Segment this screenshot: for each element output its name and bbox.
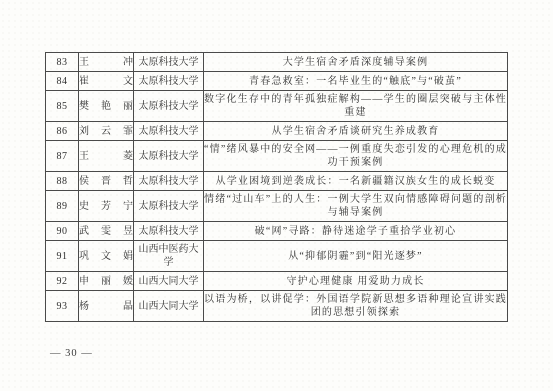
case-number: 88: [46, 172, 79, 191]
case-title: 大学生宿舍矛盾深度辅导案例: [204, 53, 508, 72]
case-title: 以语为桥，以讲促学：外国语学院新思想多语种理论宣讲实践团的思想引领探索: [204, 291, 508, 322]
case-number: 91: [46, 241, 79, 272]
table-row: 93 杨晶 山西大同大学 以语为桥，以讲促学：外国语学院新思想多语种理论宣讲实践…: [46, 291, 508, 322]
case-title: 青春急救室：一名毕业生的“触底”与“破茧”: [204, 72, 508, 91]
university: 太原科技大学: [134, 222, 204, 241]
case-number: 83: [46, 53, 79, 72]
case-title: 数字化生存中的青年孤独症解构——学生的圈层突破与主体性重建: [204, 91, 508, 122]
university: 山西大同大学: [134, 272, 204, 291]
person-name: 杨晶: [79, 291, 134, 322]
table-row: 91 巩文娟 山西中医药大学 从“抑郁阴霾”到“阳光逐梦”: [46, 241, 508, 272]
person-name: 巩文娟: [79, 241, 134, 272]
case-number: 93: [46, 291, 79, 322]
case-title: 从学业困境到逆袭成长：一名新疆籍汉族女生的成长蜕变: [204, 172, 508, 191]
table-row: 90 武雯昱 太原科技大学 破“网”寻路：静待迷途学子重拾学业初心: [46, 222, 508, 241]
person-name: 申丽媛: [79, 272, 134, 291]
table-row: 87 王菱 太原科技大学 “情”绪风暴中的安全网——一例重度失恋引发的心理危机的…: [46, 141, 508, 172]
person-name: 王冲: [79, 53, 134, 72]
person-name: 史芳宁: [79, 191, 134, 222]
table-row: 85 樊艳丽 太原科技大学 数字化生存中的青年孤独症解构——学生的圈层突破与主体…: [46, 91, 508, 122]
table-row: 89 史芳宁 太原科技大学 情绪“过山车”上的人生：一例大学生双向情感障碍问题的…: [46, 191, 508, 222]
case-title: 情绪“过山车”上的人生：一例大学生双向情感障碍问题的剖析与辅导案例: [204, 191, 508, 222]
case-number: 86: [46, 122, 79, 141]
case-number: 90: [46, 222, 79, 241]
case-title: 守护心理健康 用爱助力成长: [204, 272, 508, 291]
table-row: 92 申丽媛 山西大同大学 守护心理健康 用爱助力成长: [46, 272, 508, 291]
case-title: 从学生宿舍矛盾谈研究生养成教育: [204, 122, 508, 141]
university: 山西大同大学: [134, 291, 204, 322]
university: 太原科技大学: [134, 122, 204, 141]
university: 太原科技大学: [134, 53, 204, 72]
person-name: 侯晋哲: [79, 172, 134, 191]
case-title: 从“抑郁阴霾”到“阳光逐梦”: [204, 241, 508, 272]
case-list-table: 83 王冲 太原科技大学 大学生宿舍矛盾深度辅导案例 84 崔文 太原科技大学 …: [45, 52, 508, 322]
person-name: 樊艳丽: [79, 91, 134, 122]
university: 太原科技大学: [134, 72, 204, 91]
scanned-document-page: 83 王冲 太原科技大学 大学生宿舍矛盾深度辅导案例 84 崔文 太原科技大学 …: [0, 0, 553, 391]
case-number: 87: [46, 141, 79, 172]
table-row: 88 侯晋哲 太原科技大学 从学业困境到逆袭成长：一名新疆籍汉族女生的成长蜕变: [46, 172, 508, 191]
case-number: 89: [46, 191, 79, 222]
table-row: 86 刘云霏 太原科技大学 从学生宿舍矛盾谈研究生养成教育: [46, 122, 508, 141]
university: 太原科技大学: [134, 141, 204, 172]
university: 太原科技大学: [134, 191, 204, 222]
person-name: 武雯昱: [79, 222, 134, 241]
case-title: 破“网”寻路：静待迷途学子重拾学业初心: [204, 222, 508, 241]
case-title: “情”绪风暴中的安全网——一例重度失恋引发的心理危机的成功干预案例: [204, 141, 508, 172]
university: 太原科技大学: [134, 91, 204, 122]
case-number: 84: [46, 72, 79, 91]
page-number: — 30 —: [50, 348, 93, 359]
person-name: 崔文: [79, 72, 134, 91]
university: 山西中医药大学: [134, 241, 204, 272]
table-row: 83 王冲 太原科技大学 大学生宿舍矛盾深度辅导案例: [46, 53, 508, 72]
case-number: 92: [46, 272, 79, 291]
table-row: 84 崔文 太原科技大学 青春急救室：一名毕业生的“触底”与“破茧”: [46, 72, 508, 91]
university: 太原科技大学: [134, 172, 204, 191]
case-number: 85: [46, 91, 79, 122]
person-name: 王菱: [79, 141, 134, 172]
person-name: 刘云霏: [79, 122, 134, 141]
